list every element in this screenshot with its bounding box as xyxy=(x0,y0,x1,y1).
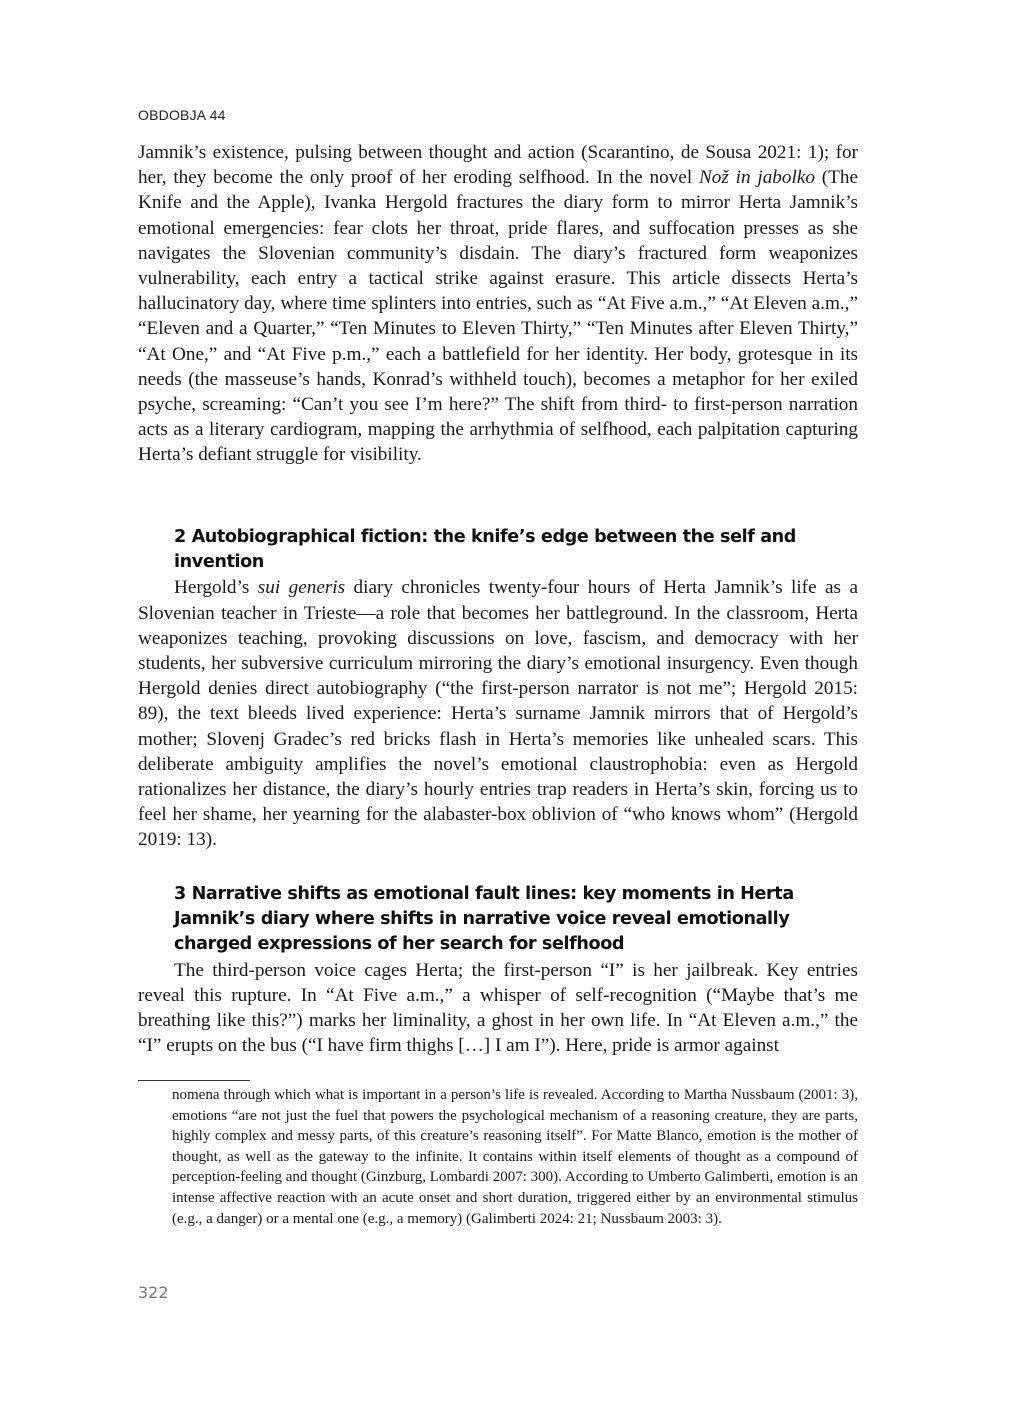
paragraph-text: (The Knife and the Apple), Ivanka Hergol… xyxy=(138,167,858,465)
section-heading: 2 Autobiographical fiction: the knife’s … xyxy=(174,525,858,575)
paragraph-text: diary chronicles twenty-four hours of He… xyxy=(138,577,858,850)
running-head: OBDOBJA 44 xyxy=(138,107,226,123)
section-2: 2 Autobiographical fiction: the knife’s … xyxy=(138,525,858,853)
footnote: nomena through which what is important i… xyxy=(172,1085,858,1229)
footnote-divider xyxy=(138,1080,250,1081)
section-heading: 3 Narrative shifts as emotional fault li… xyxy=(174,882,858,958)
novel-title: Nož in jabolko xyxy=(699,167,815,188)
page-number: 322 xyxy=(138,1283,169,1302)
section-3: 3 Narrative shifts as emotional fault li… xyxy=(138,882,858,1058)
italic-term: sui generis xyxy=(258,577,345,598)
footnote-text: nomena through which what is important i… xyxy=(172,1085,858,1229)
paragraph: Jamnik’s existence, pulsing between thou… xyxy=(138,140,858,468)
paragraph-text: Hergold’s xyxy=(174,577,258,598)
paragraph: The third-person voice cages Herta; the … xyxy=(138,958,858,1059)
section-1-continued: Jamnik’s existence, pulsing between thou… xyxy=(138,140,858,468)
paragraph: Hergold’s sui generis diary chronicles t… xyxy=(138,575,858,852)
